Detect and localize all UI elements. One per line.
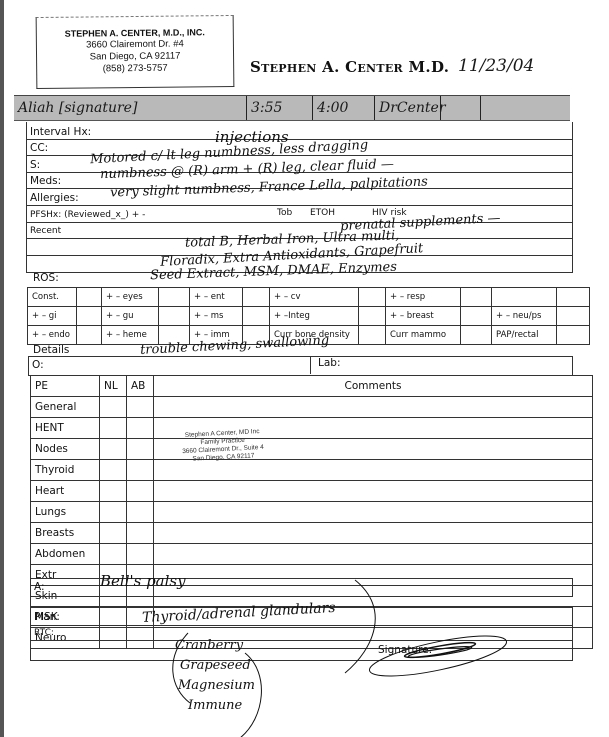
pe-row-label: Breasts	[31, 523, 100, 544]
visit-extra-2[interactable]	[480, 96, 570, 120]
pe-ab-cell[interactable]	[127, 523, 154, 544]
pe-nl-cell[interactable]	[100, 439, 127, 460]
allergies-label: Allergies:	[30, 192, 79, 204]
visit-date: 11/23/04	[458, 56, 534, 76]
ros-row: + – gi+ – gu+ – ms+ –Integ+ – breast+ – …	[28, 307, 590, 326]
ros-checkbox-cell[interactable]	[359, 288, 386, 307]
pe-row-label: HENT	[31, 418, 100, 439]
pe-ab-cell[interactable]	[127, 418, 154, 439]
meds-label: Meds:	[30, 175, 61, 187]
ros-checkbox-cell[interactable]	[557, 326, 590, 345]
details-label: Details	[33, 344, 69, 356]
ros-checkbox-cell[interactable]	[359, 307, 386, 326]
ros-item-label: + – neu/ps	[492, 307, 557, 326]
ros-item-label: + – gi	[28, 307, 77, 326]
visit-extra-1[interactable]	[440, 96, 480, 120]
pe-ab-cell[interactable]	[127, 502, 154, 523]
plan-label: Plan:	[34, 611, 60, 623]
pe-ab-cell[interactable]	[127, 481, 154, 502]
ros-checkbox-cell[interactable]	[159, 288, 190, 307]
ros-item-label: + – ms	[190, 307, 243, 326]
tob-label: Tob	[277, 208, 292, 218]
time-out[interactable]: 4:00	[312, 96, 374, 120]
pe-row: HENT	[31, 418, 593, 439]
ros-label: ROS:	[33, 272, 59, 284]
ros-item-label: + – ent	[190, 288, 243, 307]
ros-checkbox-cell[interactable]	[461, 288, 492, 307]
ros-item-label: Const.	[28, 288, 77, 307]
plan-bracket-marks	[150, 578, 390, 737]
pe-practice-stamp: Stephen A Center, MD Inc Family Practice…	[181, 428, 264, 464]
ros-checkbox-cell[interactable]	[243, 288, 270, 307]
ros-checkbox-cell[interactable]	[461, 326, 492, 345]
cc-label: CC:	[30, 142, 48, 154]
lab-label: Lab:	[318, 357, 341, 369]
pe-comment-cell[interactable]	[154, 460, 593, 481]
ros-checkbox-cell[interactable]	[557, 288, 590, 307]
pe-nl-cell[interactable]	[100, 481, 127, 502]
o-label: O:	[32, 359, 44, 371]
pe-comment-cell[interactable]	[154, 523, 593, 544]
pfshx-label: PFSHx: (Reviewed_x_) + -	[30, 210, 145, 220]
comments-header: Comments	[154, 376, 593, 397]
ros-item-label: + – cv	[270, 288, 359, 307]
ros-item-label: + – endo	[28, 326, 77, 345]
pe-row: Abdomen	[31, 544, 593, 565]
stamp-name: STEPHEN A. CENTER, M.D., INC.	[37, 26, 233, 40]
ros-item-label: Curr mammo	[386, 326, 461, 345]
ros-checkbox-cell[interactable]	[77, 307, 102, 326]
pe-row-label: Heart	[31, 481, 100, 502]
ros-checkbox-cell[interactable]	[359, 326, 386, 345]
ros-row: Const.+ – eyes+ – ent+ – cv+ – resp	[28, 288, 590, 307]
visit-info-bar: Aliah [signature] 3:55 4:00 DrCenter	[14, 95, 570, 121]
ros-checkbox-cell[interactable]	[557, 307, 590, 326]
pe-row-label: Thyroid	[31, 460, 100, 481]
pe-header: PE	[31, 376, 100, 397]
ros-item-label: + – eyes	[102, 288, 159, 307]
ros-item-label: PAP/rectal	[492, 326, 557, 345]
scan-edge	[0, 0, 4, 737]
ros-item-label	[492, 288, 557, 307]
pe-row-label: General	[31, 397, 100, 418]
pe-row: Heart	[31, 481, 593, 502]
a-label: A:	[34, 581, 45, 593]
pe-comment-cell[interactable]	[154, 502, 593, 523]
ros-checkbox-cell[interactable]	[461, 307, 492, 326]
pe-ab-cell[interactable]	[127, 397, 154, 418]
pe-row-label: Nodes	[31, 439, 100, 460]
nl-header: NL	[100, 376, 127, 397]
patient-name[interactable]: Aliah [signature]	[14, 96, 246, 120]
pe-row: Thyroid	[31, 460, 593, 481]
time-in[interactable]: 3:55	[246, 96, 312, 120]
pe-comment-cell[interactable]	[154, 481, 593, 502]
pe-nl-cell[interactable]	[100, 502, 127, 523]
s-label: S:	[30, 159, 40, 171]
ros-item-label: + –Integ	[270, 307, 359, 326]
pe-row-label: Lungs	[31, 502, 100, 523]
ros-checkbox-cell[interactable]	[159, 307, 190, 326]
ab-header: AB	[127, 376, 154, 397]
pe-ab-cell[interactable]	[127, 544, 154, 565]
pe-row: Nodes	[31, 439, 593, 460]
pe-row: Breasts	[31, 523, 593, 544]
ros-item-label: + – gu	[102, 307, 159, 326]
stamp-phone: (858) 273-5757	[37, 62, 233, 76]
pe-row: Lungs	[31, 502, 593, 523]
etoh-label: ETOH	[310, 208, 335, 218]
ros-checkbox-cell[interactable]	[77, 288, 102, 307]
practice-stamp: STEPHEN A. CENTER, M.D., INC. 3660 Clair…	[36, 15, 235, 89]
ros-checkbox-cell[interactable]	[243, 307, 270, 326]
interval-hx-label: Interval Hx:	[30, 126, 91, 138]
pe-comment-cell[interactable]	[154, 544, 593, 565]
rtc-label: RTC:	[34, 628, 54, 638]
document-title: Stephen A. Center M.D.	[250, 58, 449, 76]
pe-comment-cell[interactable]	[154, 397, 593, 418]
objective-row	[28, 356, 573, 376]
pe-nl-cell[interactable]	[100, 460, 127, 481]
pe-ab-cell[interactable]	[127, 439, 154, 460]
recent-label: Recent	[30, 226, 61, 236]
pe-nl-cell[interactable]	[100, 544, 127, 565]
pe-row: General	[31, 397, 593, 418]
pe-nl-cell[interactable]	[100, 418, 127, 439]
pe-row-label: Abdomen	[31, 544, 100, 565]
pe-nl-cell[interactable]	[100, 523, 127, 544]
pe-ab-cell[interactable]	[127, 460, 154, 481]
provider[interactable]: DrCenter	[374, 96, 440, 120]
ros-checkbox-cell[interactable]	[77, 326, 102, 345]
ros-item-label: + – breast	[386, 307, 461, 326]
ros-item-label: + – resp	[386, 288, 461, 307]
pe-nl-cell[interactable]	[100, 397, 127, 418]
